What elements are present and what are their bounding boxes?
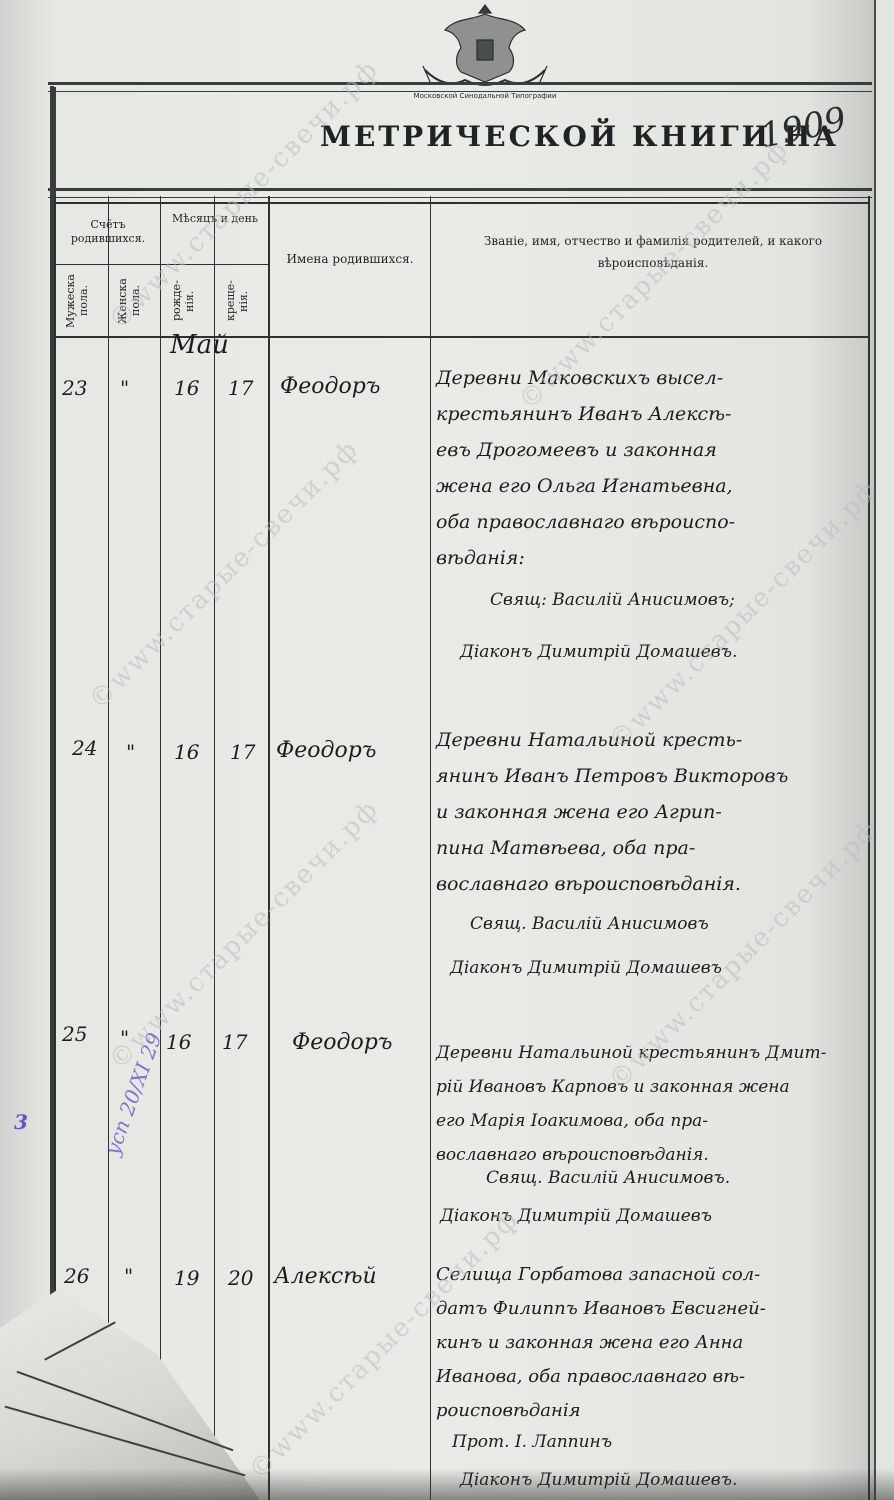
- parents-line: янинъ Иванъ Петровъ Викторовъ: [436, 758, 866, 794]
- parents-line: рій Ивановъ Карповъ и законная жена: [436, 1070, 866, 1104]
- male-count: 25: [62, 1022, 87, 1046]
- parents-line: жена его Ольга Игнатьевна,: [436, 468, 866, 504]
- child-name: Феодоръ: [280, 374, 380, 399]
- adjacent-page-edge: [874, 0, 894, 1500]
- parents-line: кинъ и законная жена его Анна: [436, 1326, 866, 1360]
- child-name: Феодоръ: [292, 1030, 392, 1055]
- baptism-day: 17: [230, 740, 255, 764]
- female-count: ": [126, 740, 135, 764]
- header-names: Имена родившихся.: [270, 252, 430, 266]
- child-name: Алексѣй: [274, 1264, 377, 1289]
- col-divider: [214, 196, 215, 1500]
- header-male: Мужеска пола.: [64, 270, 104, 332]
- priest-signature: Свящ: Василій Анисимовъ;: [490, 590, 735, 610]
- month-label: Май: [170, 330, 229, 360]
- parents-line: Селища Горбатова запасной сол-: [436, 1258, 866, 1292]
- baptism-day: 17: [222, 1030, 247, 1054]
- parents-line: крестьянинъ Иванъ Алексѣ-: [436, 396, 866, 432]
- bottom-shadow: [0, 1468, 894, 1500]
- col-divider: [108, 196, 109, 1500]
- male-count: 26: [64, 1264, 89, 1288]
- parents-entry: Селища Горбатова запасной сол- датъ Фили…: [436, 1258, 866, 1428]
- female-count: ": [124, 1264, 133, 1288]
- priest-signature: Прот. І. Лаппинъ: [452, 1432, 612, 1452]
- birth-day: 19: [174, 1266, 199, 1290]
- baptism-day: 20: [228, 1266, 253, 1290]
- priest-signature: Свящ. Василій Анисимовъ.: [486, 1168, 730, 1188]
- parents-line: и законная жена его Агрип-: [436, 794, 866, 830]
- birth-day: 16: [174, 376, 199, 400]
- parents-line: датъ Филиппъ Ивановъ Евсигней-: [436, 1292, 866, 1326]
- deacon-signature: Діаконъ Димитрій Домашевъ: [440, 1206, 712, 1226]
- header-baptism: креще-нія.: [224, 270, 264, 332]
- imperial-eagle-emblem-icon: Московской Синодальной Типографии: [405, 0, 565, 120]
- col-divider: [268, 196, 270, 1500]
- priest-signature: Свящ. Василій Анисимовъ: [470, 914, 709, 934]
- parents-line: его Марія Іоакимова, оба пра-: [436, 1104, 866, 1138]
- parents-line: Иванова, оба православнаго вѣ-: [436, 1360, 866, 1394]
- parents-line: пина Матвѣева, оба пра-: [436, 830, 866, 866]
- baptism-day: 17: [228, 376, 253, 400]
- birth-day: 16: [166, 1030, 191, 1054]
- parents-line: роисповѣданія: [436, 1394, 866, 1428]
- parents-line: вославнаго вѣроисповѣданія.: [436, 1138, 866, 1172]
- female-count: ": [120, 376, 129, 400]
- child-name: Феодоръ: [276, 738, 376, 763]
- birth-day: 16: [174, 740, 199, 764]
- male-count: 24: [72, 736, 97, 760]
- parents-line: Деревни Маковскихъ высел-: [436, 360, 866, 396]
- svg-text:Московской Синодальной Типогра: Московской Синодальной Типографии: [414, 92, 557, 100]
- header-count-group: Счётъ родившихся.: [56, 218, 160, 246]
- col-divider: [160, 196, 161, 1500]
- ledger-page: Московской Синодальной Типографии МЕТРИЧ…: [0, 0, 894, 1500]
- parents-line: евъ Дрогомеевъ и законная: [436, 432, 866, 468]
- banner-top-rule: [48, 82, 872, 92]
- male-count: 23: [62, 376, 87, 400]
- stamp-mark: 3: [14, 1110, 28, 1134]
- deacon-signature: Діаконъ Димитрій Домашевъ: [450, 958, 722, 978]
